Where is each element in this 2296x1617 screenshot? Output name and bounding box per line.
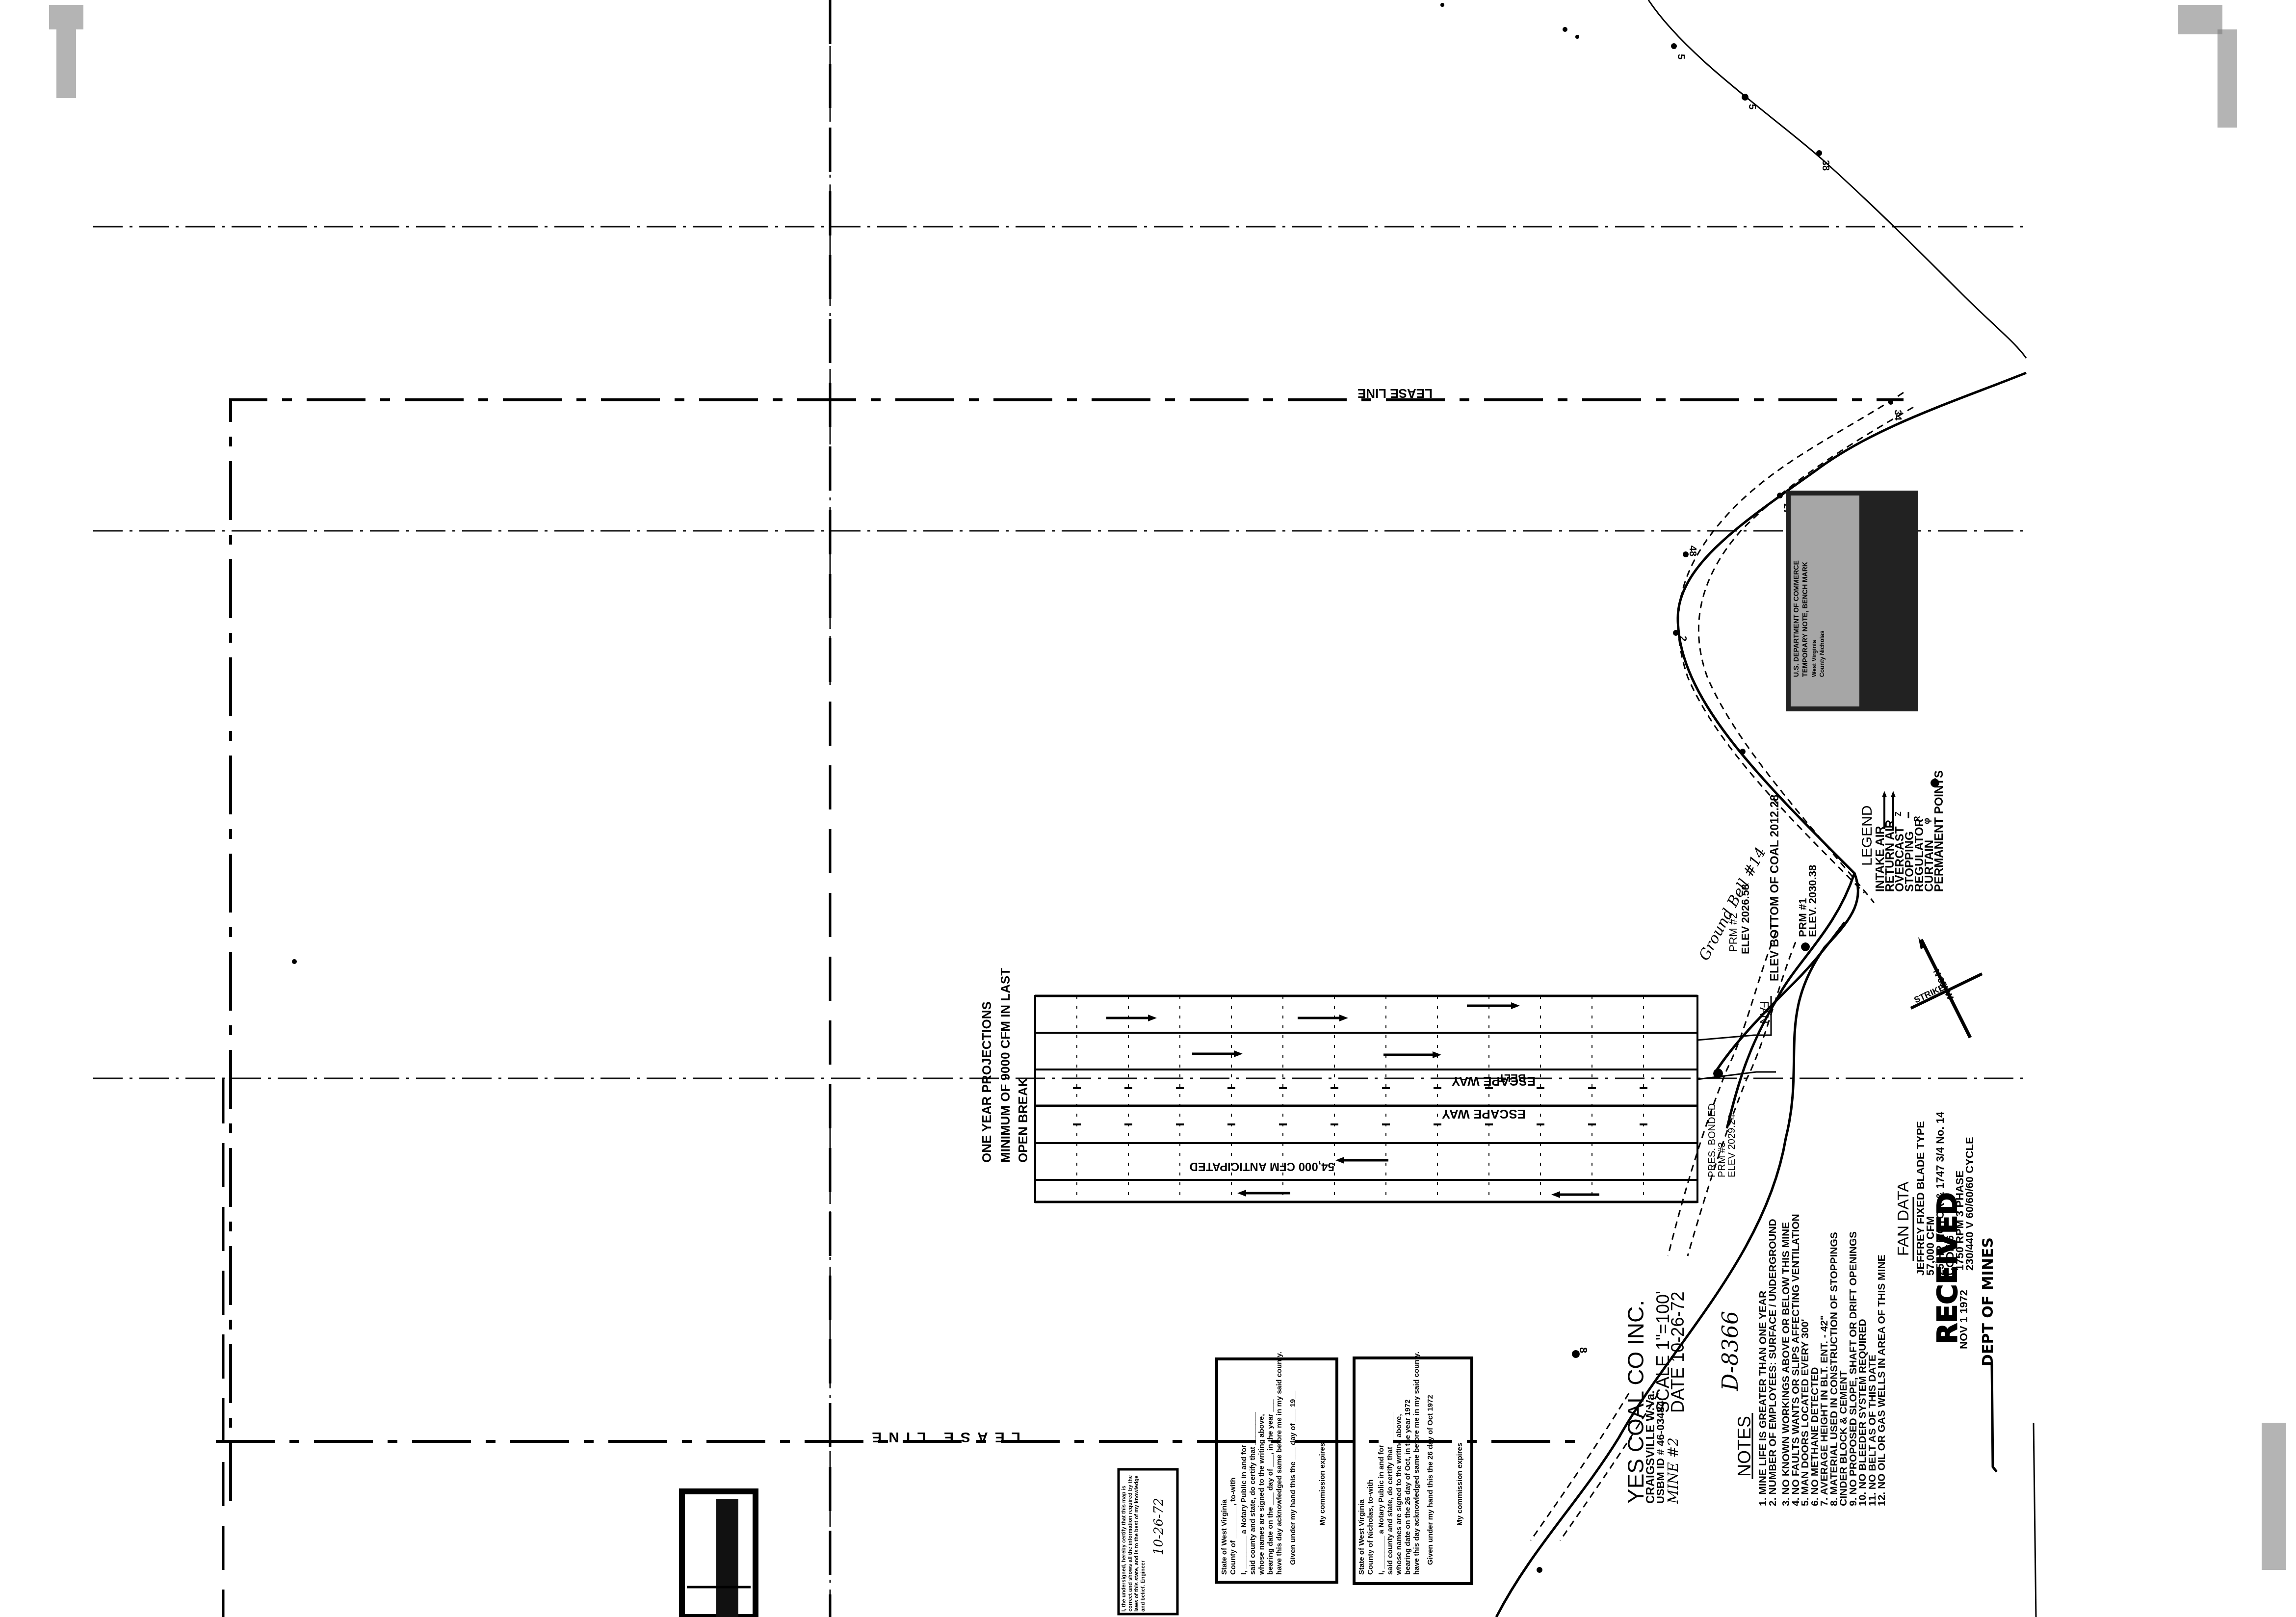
clipping-heading: U.S. DEPARTMENT OF COMMERCE — [1792, 560, 1800, 677]
notary-block-2: State of West Virginia County of Nichola… — [1354, 1352, 1472, 1584]
prm3-label: PRES. BONDED — [1707, 1103, 1718, 1177]
notary-line: have this day acknowledged same before m… — [1412, 1352, 1421, 1575]
stamp-date: NOV 1 1972 — [1957, 1290, 1970, 1349]
legend-item: PERMANENT POINTS — [1932, 770, 1946, 892]
notary-line: I, ________ a Notary Public in and for — [1240, 1445, 1248, 1575]
station-label: 5 — [1747, 104, 1757, 109]
notes-heading: NOTES — [1734, 1416, 1754, 1477]
certification-text: I, the undersigned, hereby certify that … — [1121, 1472, 1175, 1612]
notary-block-1: State of West Virginia County of _______… — [1217, 1352, 1337, 1582]
certification-date: 10-26-72 — [1151, 1498, 1166, 1555]
notary-line: bearing date on the ___ day of ___, in t… — [1266, 1399, 1275, 1575]
permanent-point-icon — [1801, 942, 1810, 951]
strike-dip-symbol: STRIKE N 35° W — [1911, 937, 1982, 1038]
elev-bottom-coal: ELEV BOTTOM OF COAL 2012.28 — [1768, 794, 1781, 981]
notes-list: 1. MINE LIFE IS GREATER THAN ONE YEAR2. … — [1757, 1214, 1887, 1506]
anticipated-cfm-label: 54,000 CFM ANTICIPATED — [1189, 1160, 1334, 1173]
belt-label: BELT — [1498, 1072, 1526, 1084]
notary-line: County of Nicholas, to-with — [1366, 1480, 1375, 1575]
station-label: 38 — [1820, 160, 1831, 171]
mine-map: 5 5 38 34 27 48 2 8 FAN — [0, 0, 2296, 1617]
mine-workings: FAN — [1035, 996, 1776, 1202]
notary-line: Given under my hand this the 26 day of O… — [1426, 1395, 1435, 1565]
projection-note-1: ONE YEAR PROJECTIONS — [979, 1001, 994, 1163]
note-item: 12. NO OIL OR GAS WELLS IN AREA OF THIS … — [1876, 1254, 1887, 1506]
notary-line: I, ________ a Notary Public in and for — [1377, 1445, 1385, 1575]
notary-line: State of West Virginia — [1357, 1499, 1366, 1575]
drawing-number: D-8366 — [1718, 1311, 1743, 1391]
permanent-point-icon — [1931, 779, 1939, 787]
notary-line: said county and state, do certify that _… — [1249, 1412, 1257, 1575]
notary-line: State of West Virginia — [1220, 1499, 1228, 1575]
specks — [292, 3, 1579, 964]
bench-mark-clipping: U.S. DEPARTMENT OF COMMERCE TEMPORARY NO… — [1786, 491, 1918, 711]
station-label: 2 — [1677, 636, 1688, 641]
engineer-certification: I, the undersigned, hereby certify that … — [1119, 1469, 1177, 1614]
note-item: 2. NUMBER OF EMPLOYEES: SURFACE / UNDERG… — [1767, 1219, 1778, 1506]
notary-line: Given under my hand this the ___ day of … — [1289, 1390, 1297, 1565]
lease-line-label-bottom: LEASE LINE — [865, 1429, 1020, 1445]
regulator-icon: R — [1913, 816, 1922, 822]
air-arrows — [1106, 1002, 1599, 1198]
notary-line: whose names are signed to the writing ab… — [1395, 1414, 1403, 1575]
notary-line: bearing date on the 26 day of Oct, in th… — [1404, 1399, 1412, 1575]
notary-line: My commission expires — [1318, 1443, 1327, 1526]
crosscuts — [1077, 996, 1644, 1202]
escape-way-label: ESCAPE WAY — [1442, 1107, 1526, 1121]
legend: LEGEND INTAKE AIR RETURN AIR OVERCAST ST… — [1859, 770, 1946, 892]
overcast-icon: Z — [1895, 811, 1903, 816]
lease-lines — [216, 0, 1904, 1617]
station-label: 5 — [1675, 54, 1686, 59]
notary-line: said county and state, do certify that _… — [1386, 1412, 1394, 1575]
prm1-elev: ELEV. 2030.38 — [1806, 865, 1819, 937]
station-label: 8 — [1577, 1347, 1590, 1353]
projection-note-3: OPEN BREAK — [1016, 1077, 1030, 1163]
clipping-state: West Virginia — [1811, 640, 1818, 677]
fan-data-line: 230/440 V 60/60/60 CYCLE — [1963, 1137, 1976, 1271]
station-label: 34 — [1892, 410, 1903, 421]
elevation-labels: ELEV BOTTOM OF COAL 2012.28 PRM #1 ELEV.… — [1696, 794, 1819, 1177]
prm3-elev: ELEV 2029.24 — [1726, 1114, 1737, 1177]
clipping-subheading: TEMPORARY NOTE, BENCH MARK — [1801, 562, 1809, 677]
curtain-icon: φ — [1922, 818, 1931, 824]
legend-heading: LEGEND — [1859, 806, 1875, 866]
mine-number: MINE #2 — [1665, 1437, 1681, 1504]
stamp-agency: DEPT OF MINES — [1980, 1237, 1997, 1366]
notary-line: have this day acknowledged same before m… — [1275, 1352, 1283, 1575]
notary-line: whose names are signed to the writing ab… — [1257, 1414, 1266, 1575]
notary-line: My commission expires — [1456, 1443, 1464, 1526]
lease-line-label-top: LEASE LINE — [1357, 386, 1433, 401]
station-label: 48 — [1687, 546, 1698, 556]
received-stamp: RECEIVED NOV 1 1972 DEPT OF MINES — [1931, 1192, 2036, 1617]
fan-label: FAN — [1757, 1001, 1771, 1024]
fan-data-heading: FAN DATA — [1894, 1181, 1912, 1256]
scanned-strip — [682, 1491, 756, 1617]
notary-line: County of ________, to-with — [1229, 1478, 1237, 1575]
notes: NOTES 1. MINE LIFE IS GREATER THAN ONE Y… — [1734, 1214, 1887, 1506]
prm3-label: PRM #3 — [1717, 1142, 1727, 1177]
date: DATE 10-26-72 — [1668, 1292, 1688, 1413]
clipping-county: County Nicholas — [1819, 630, 1826, 677]
projection-note-2: MINIMUM OF 9000 CFM IN LAST — [998, 968, 1013, 1163]
title-block: YES COAL CO INC. CRAIGSVILLE W.Va. USBM … — [1623, 1291, 1743, 1504]
